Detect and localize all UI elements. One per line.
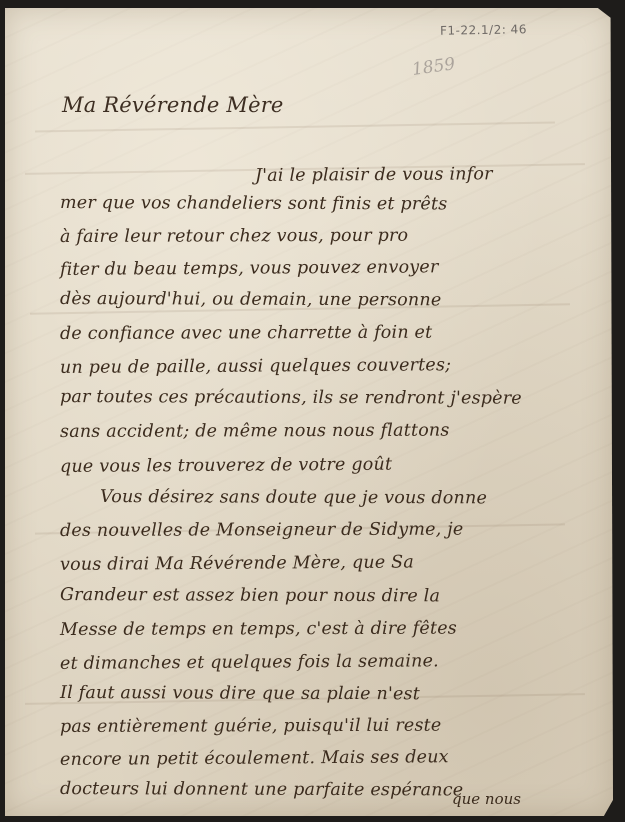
catchword: que nous	[452, 790, 521, 808]
letter-line: un peu de paille, aussi quelques couvert…	[60, 354, 615, 378]
letter-line: à faire leur retour chez vous, pour pro	[60, 225, 615, 247]
letter-line: docteurs lui donnent une parfaite espéra…	[60, 779, 615, 801]
letter-line: J'ai le plaisir de vous infor	[255, 162, 625, 186]
document-scan: F1-22.1/2: 46 1859 Ma Révérende Mère J'a…	[0, 0, 625, 822]
letter-line: par toutes ces précautions, ils se rendr…	[60, 387, 615, 409]
letter-line: dès aujourd'hui, ou demain, une personne	[60, 289, 615, 311]
letter-salutation: Ma Révérende Mère	[62, 93, 284, 117]
letter-line: Vous désirez sans doute que je vous donn…	[100, 487, 625, 509]
letter-line: fiter du beau temps, vous pouvez envoyer	[60, 256, 615, 280]
letter-line: que vous les trouverez de votre goût	[60, 453, 615, 477]
letter-line: mer que vos chandeliers sont finis et pr…	[60, 193, 615, 215]
letter-line: et dimanches et quelques fois la semaine…	[60, 650, 615, 674]
letter-line: pas entièrement guérie, puisqu'il lui re…	[60, 715, 615, 737]
ink-bleed-through	[35, 121, 555, 132]
archive-reference: F1-22.1/2: 46	[440, 22, 527, 38]
letter-line: vous dirai Ma Révérende Mère, que Sa	[60, 551, 615, 575]
letter-line: des nouvelles de Monseigneur de Sidyme, …	[60, 519, 615, 541]
letter-line: de confiance avec une charrette à foin e…	[60, 322, 615, 344]
letter-line: Grandeur est assez bien pour nous dire l…	[60, 585, 615, 607]
letter-line: sans accident; de même nous nous flatton…	[60, 420, 615, 442]
letter-line: Il faut aussi vous dire que sa plaie n'e…	[60, 683, 615, 705]
letter-line: encore un petit écoulement. Mais ses deu…	[60, 746, 615, 770]
letter-line: Messe de temps en temps, c'est à dire fê…	[60, 618, 615, 640]
